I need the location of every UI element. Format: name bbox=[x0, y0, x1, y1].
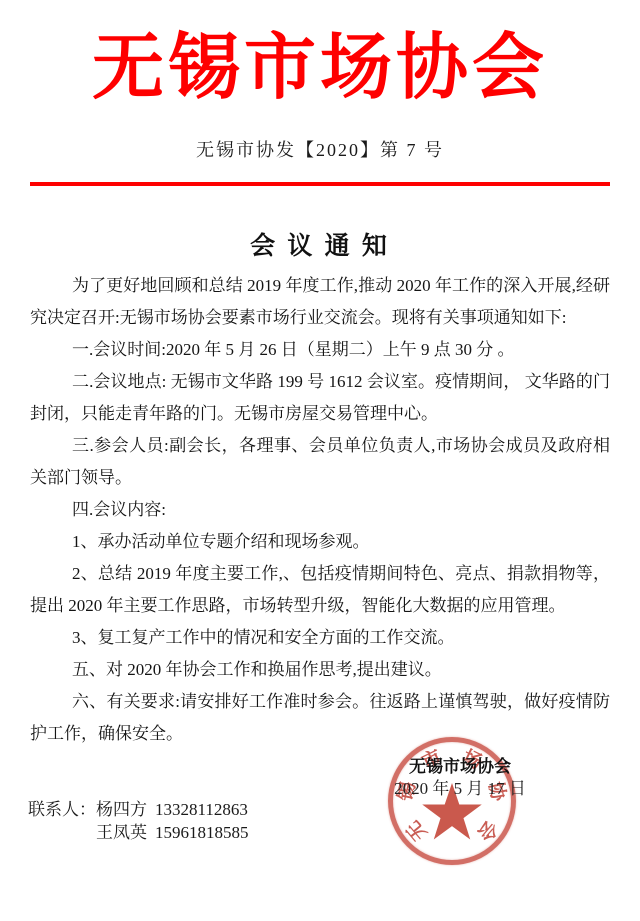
body-paragraph: 二.会议地点: 无锡市文华路 199 号 1612 会议室。疫情期间， 文华路的… bbox=[30, 366, 610, 430]
contact-row: 杨四方13328112863 bbox=[96, 798, 257, 821]
contact-block: 联系人： 杨四方13328112863 王凤英15961818585 bbox=[28, 798, 257, 844]
body-paragraph: 四.会议内容: bbox=[30, 494, 610, 526]
body-paragraph: 三.参会人员:副会长，各理事、会员单位负责人,市场协会成员及政府相关部门领导。 bbox=[30, 430, 610, 494]
signature-block: 无锡市场协会 2020 年 5 月 17 日 bbox=[383, 756, 537, 800]
body-paragraph: 五、对 2020 年协会工作和换届作思考,提出建议。 bbox=[30, 654, 610, 686]
document-page: 无锡市场协会 无锡市协发【2020】第 7 号 会 议 通 知 为了更好地回顾和… bbox=[0, 0, 640, 921]
contact-row: 王凤英15961818585 bbox=[96, 821, 257, 844]
body-paragraph: 1、承办活动单位专题介绍和现场参观。 bbox=[30, 526, 610, 558]
org-title: 无锡市场协会 bbox=[0, 0, 640, 111]
contact-phone: 13328112863 bbox=[155, 800, 248, 819]
body-paragraph: 六、有关要求:请安排好工作准时参会。往返路上谨慎驾驶，做好疫情防护工作，确保安全… bbox=[30, 686, 610, 750]
signature-date: 2020 年 5 月 17 日 bbox=[383, 778, 537, 800]
contact-name: 王凤英 bbox=[96, 823, 147, 842]
signature-org: 无锡市场协会 bbox=[383, 756, 537, 778]
body-paragraph: 为了更好地回顾和总结 2019 年度工作,推动 2020 年工作的深入开展,经研… bbox=[30, 270, 610, 334]
body-paragraph: 一.会议时间:2020 年 5 月 26 日（星期二）上午 9 点 30 分 。 bbox=[30, 334, 610, 366]
contact-phone: 15961818585 bbox=[155, 823, 249, 842]
notice-body: 为了更好地回顾和总结 2019 年度工作,推动 2020 年工作的深入开展,经研… bbox=[30, 270, 610, 750]
doc-number: 无锡市协发【2020】第 7 号 bbox=[0, 136, 640, 162]
contact-name: 杨四方 bbox=[96, 800, 147, 819]
red-divider bbox=[30, 182, 610, 186]
notice-title: 会 议 通 知 bbox=[0, 226, 640, 262]
contact-rows: 杨四方13328112863 王凤英15961818585 bbox=[96, 798, 257, 844]
body-paragraph: 2、总结 2019 年度主要工作,、包括疫情期间特色、亮点、捐款捐物等，提出 2… bbox=[30, 558, 610, 622]
contact-label: 联系人： bbox=[28, 798, 96, 844]
body-paragraph: 3、复工复产工作中的情况和安全方面的工作交流。 bbox=[30, 622, 610, 654]
